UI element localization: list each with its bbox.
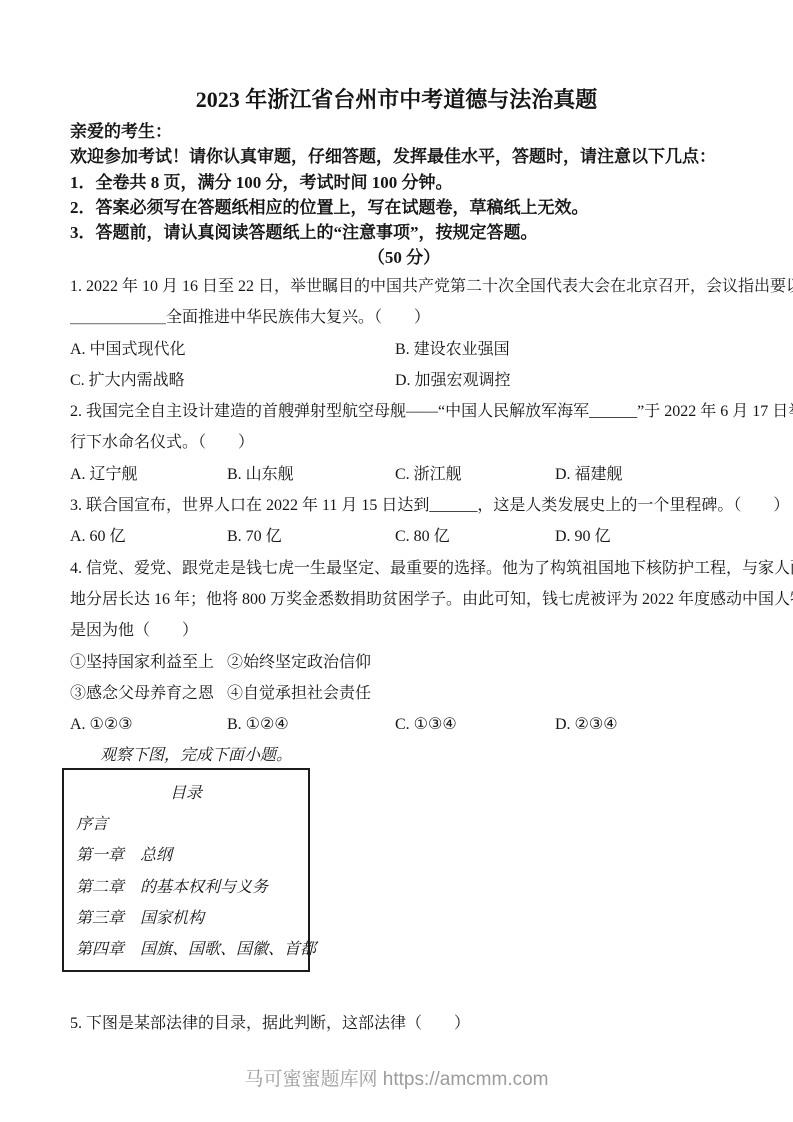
question-4-statement-4: ④自觉承担社会责任 xyxy=(227,678,738,709)
question-4-options-row: A. ①②③ B. ①②④ C. ①③④ D. ②③④ xyxy=(70,709,738,740)
question-1-option-c: C. 扩大内需战略 xyxy=(70,365,395,396)
question-3-option-d: D. 90 亿 xyxy=(555,521,738,552)
question-4-option-d: D. ②③④ xyxy=(555,709,738,740)
toc-entry-chapter-2: 第二章 的基本权利与义务 xyxy=(64,872,308,903)
toc-entry-preface: 序言 xyxy=(64,809,308,840)
question-2-option-b: B. 山东舰 xyxy=(227,459,395,490)
question-1-options-row-1: A. 中国式现代化 B. 建设农业强国 xyxy=(70,334,738,365)
question-2-option-c: C. 浙江舰 xyxy=(395,459,555,490)
question-3-option-b: B. 70 亿 xyxy=(227,521,395,552)
questions-block: 1. 2022 年 10 月 16 日至 22 日，举世瞩目的中国共产党第二十次… xyxy=(70,271,738,772)
question-4-stem-line-3: 是因为他（ ） xyxy=(70,615,738,646)
question-4-statement-2: ②始终坚定政治信仰 xyxy=(227,647,738,678)
question-2-stem-line-2: 行下水命名仪式。（ ） xyxy=(70,427,738,458)
notice-rule-1: 1．全卷共 8 页，满分 100 分，考试时间 100 分钟。 xyxy=(70,170,738,195)
question-4-option-a: A. ①②③ xyxy=(70,709,227,740)
notice-rule-3: 3．答题前，请认真阅读答题纸上的“注意事项”，按规定答题。 xyxy=(70,220,738,245)
question-1-option-a: A. 中国式现代化 xyxy=(70,334,395,365)
question-3-option-c: C. 80 亿 xyxy=(395,521,555,552)
page-title: 2023 年浙江省台州市中考道德与法治真题 xyxy=(0,85,793,115)
question-2-option-d: D. 福建舰 xyxy=(555,459,738,490)
notice-intro: 欢迎参加考试！请你认真审题，仔细答题，发挥最佳水平，答题时，请注意以下几点： xyxy=(70,144,738,169)
toc-entry-chapter-4: 第四章 国旗、国歌、国徽、首都 xyxy=(64,934,308,965)
law-toc-figure: 目录 序言 第一章 总纲 第二章 的基本权利与义务 第三章 国家机构 第四章 国… xyxy=(62,768,310,972)
question-4-statement-3: ③感念父母养育之恩 xyxy=(70,678,227,709)
question-1-stem-line-2: ＿＿＿＿＿＿全面推进中华民族伟大复兴。（ ） xyxy=(70,302,738,333)
toc-entry-chapter-1: 第一章 总纲 xyxy=(64,840,308,871)
question-1-stem-line-1: 1. 2022 年 10 月 16 日至 22 日，举世瞩目的中国共产党第二十次… xyxy=(70,271,738,302)
question-4-stem-line-1: 4. 信党、爱党、跟党走是钱七虎一生最坚定、最重要的选择。他为了构筑祖国地下核防… xyxy=(70,553,738,584)
question-5-stem: 5. 下图是某部法律的目录，据此判断，这部法律（ ） xyxy=(70,1008,738,1039)
question-1-option-b: B. 建设农业强国 xyxy=(395,334,738,365)
question-3-option-a: A. 60 亿 xyxy=(70,521,227,552)
notice-rule-2: 2．答案必须写在答题纸相应的位置上，写在试题卷，草稿纸上无效。 xyxy=(70,195,738,220)
question-4-option-b: B. ①②④ xyxy=(227,709,395,740)
question-4-statements-row-1: ①坚持国家利益至上 ②始终坚定政治信仰 xyxy=(70,647,738,678)
watermark-text: 马可蜜蜜题库网 https://amcmm.com xyxy=(0,1067,793,1093)
question-4-stem-line-2: 地分居长达 16 年；他将 800 万奖金悉数捐助贫困学子。由此可知，钱七虎被评… xyxy=(70,584,738,615)
notice-greeting: 亲爱的考生： xyxy=(70,119,738,144)
toc-title: 目录 xyxy=(64,778,308,809)
question-4-statement-1: ①坚持国家利益至上 xyxy=(70,647,227,678)
question-3-stem: 3. 联合国宣布，世界人口在 2022 年 11 月 15 日达到______，… xyxy=(70,490,738,521)
exam-notice-block: 亲爱的考生： 欢迎参加考试！请你认真审题，仔细答题，发挥最佳水平，答题时，请注意… xyxy=(70,119,738,271)
question-2-stem-line-1: 2. 我国完全自主设计建造的首艘弹射型航空母舰——“中国人民解放军海军_____… xyxy=(70,396,738,427)
toc-entry-chapter-3: 第三章 国家机构 xyxy=(64,903,308,934)
section-score-heading: （50 分） xyxy=(70,245,738,270)
question-1-option-d: D. 加强宏观调控 xyxy=(395,365,738,396)
question-2-option-a: A. 辽宁舰 xyxy=(70,459,227,490)
exam-paper-page: 2023 年浙江省台州市中考道德与法治真题 亲爱的考生： 欢迎参加考试！请你认真… xyxy=(0,0,793,1122)
question-1-options-row-2: C. 扩大内需战略 D. 加强宏观调控 xyxy=(70,365,738,396)
question-2-options-row: A. 辽宁舰 B. 山东舰 C. 浙江舰 D. 福建舰 xyxy=(70,459,738,490)
question-3-options-row: A. 60 亿 B. 70 亿 C. 80 亿 D. 90 亿 xyxy=(70,521,738,552)
question-4-statements-row-2: ③感念父母养育之恩 ④自觉承担社会责任 xyxy=(70,678,738,709)
question-4-option-c: C. ①③④ xyxy=(395,709,555,740)
